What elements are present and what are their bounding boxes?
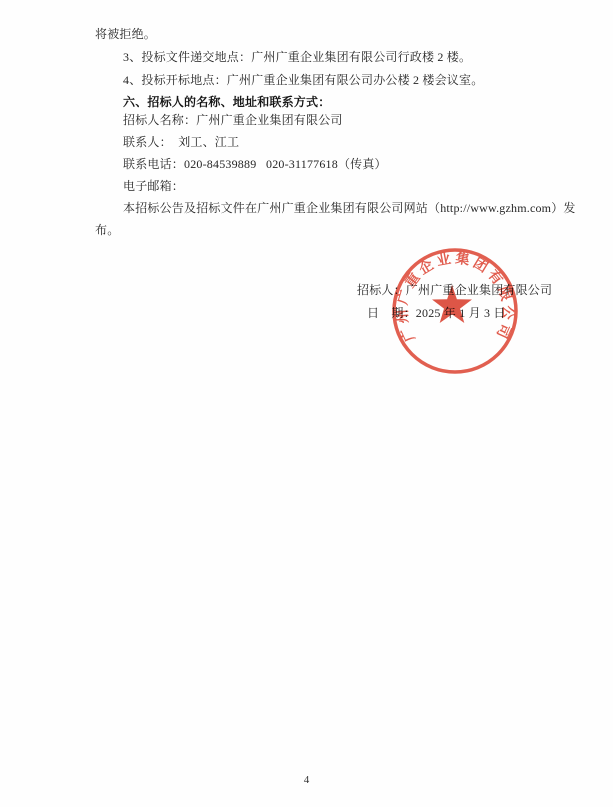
- doc-line-rejection: 将被拒绝。: [95, 27, 156, 42]
- doc-line-email: 电子邮箱：: [123, 179, 184, 194]
- section-heading-contact-info: 六、招标人的名称、地址和联系方式：: [123, 95, 330, 110]
- seal-star-icon: [432, 285, 472, 323]
- doc-line-tenderer-name: 招标人名称：广州广重企业集团有限公司: [123, 113, 343, 128]
- page-number: 4: [0, 774, 613, 786]
- doc-line-contact-phone: 联系电话：020-84539889 020-31177618（传真）: [123, 157, 387, 172]
- doc-line-website-announcement: 本招标公告及招标文件在广州广重企业集团有限公司网站（http://www.gzh…: [123, 201, 576, 216]
- doc-line-contact-person: 联系人： 刘工、江工: [123, 135, 239, 150]
- doc-line-website-announcement-wrap: 布。: [95, 223, 119, 238]
- doc-line-opening-location: 4、投标开标地点：广州广重企业集团有限公司办公楼 2 楼会议室。: [123, 73, 483, 88]
- document-page: 将被拒绝。 3、投标文件递交地点：广州广重企业集团有限公司行政楼 2 楼。 4、…: [0, 0, 613, 807]
- company-seal: 广州广重企业集团有限公司: [390, 246, 520, 376]
- doc-line-submission-location: 3、投标文件递交地点：广州广重企业集团有限公司行政楼 2 楼。: [123, 50, 471, 65]
